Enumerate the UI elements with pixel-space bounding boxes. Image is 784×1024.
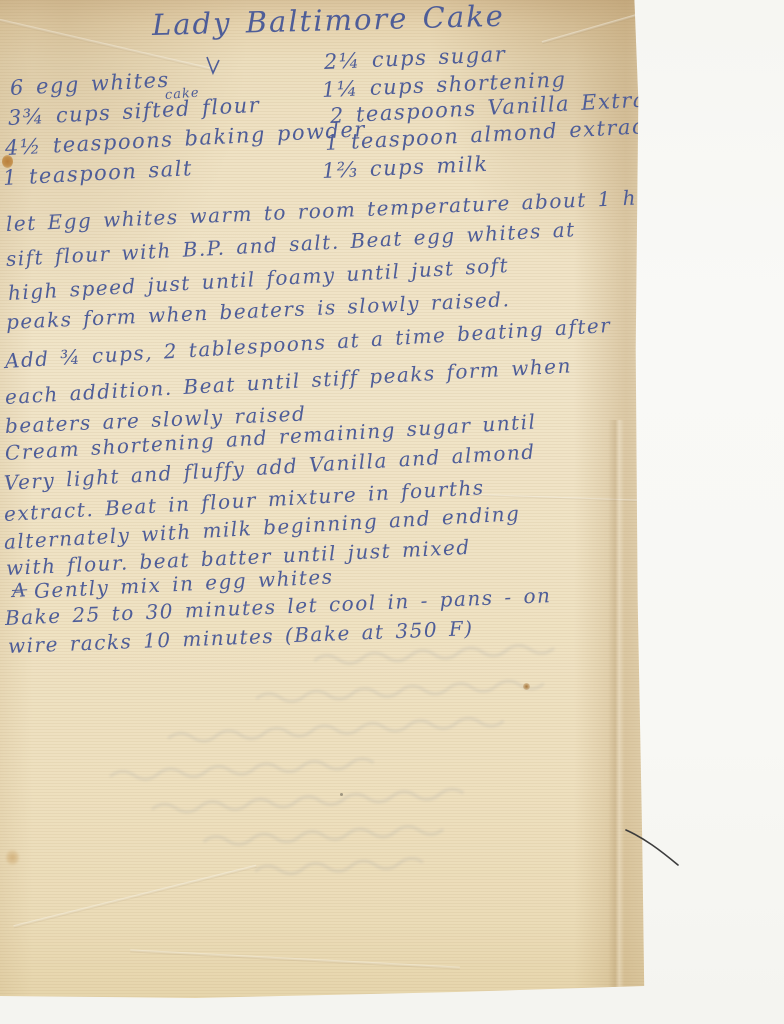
recipe-title: Lady Baltimore Cake xyxy=(152,0,506,42)
paper-crease-bottom-edge xyxy=(130,949,460,969)
paper-crease-top-right xyxy=(542,11,649,44)
scanned-recipe-page: { "recipe": { "title": "Lady Baltimore C… xyxy=(0,0,784,1024)
ingredient-right-1: 2¼ cups sugar xyxy=(323,42,506,74)
strikeout-mark: A xyxy=(11,579,27,602)
ingredient-right-5: 1⅔ cups milk xyxy=(321,152,489,183)
hair-artifact xyxy=(620,820,700,880)
instruction-line-1: let Egg whites warm to room temperature … xyxy=(5,184,676,236)
paper-crease-mid-right xyxy=(470,494,655,502)
ingredient-left-4: 1 teaspoon salt xyxy=(2,156,193,190)
ingredient-left-1: 6 egg whites xyxy=(9,68,170,100)
recipe-paper-sheet: Lady Baltimore Cake 6 egg whites 3¾ cups… xyxy=(0,0,652,1000)
stray-ink-mark xyxy=(204,55,224,77)
stain-bottom-left xyxy=(6,850,19,865)
bleed-through-writing xyxy=(20,645,640,895)
ingredient-insertion-cake: cake xyxy=(164,86,200,103)
